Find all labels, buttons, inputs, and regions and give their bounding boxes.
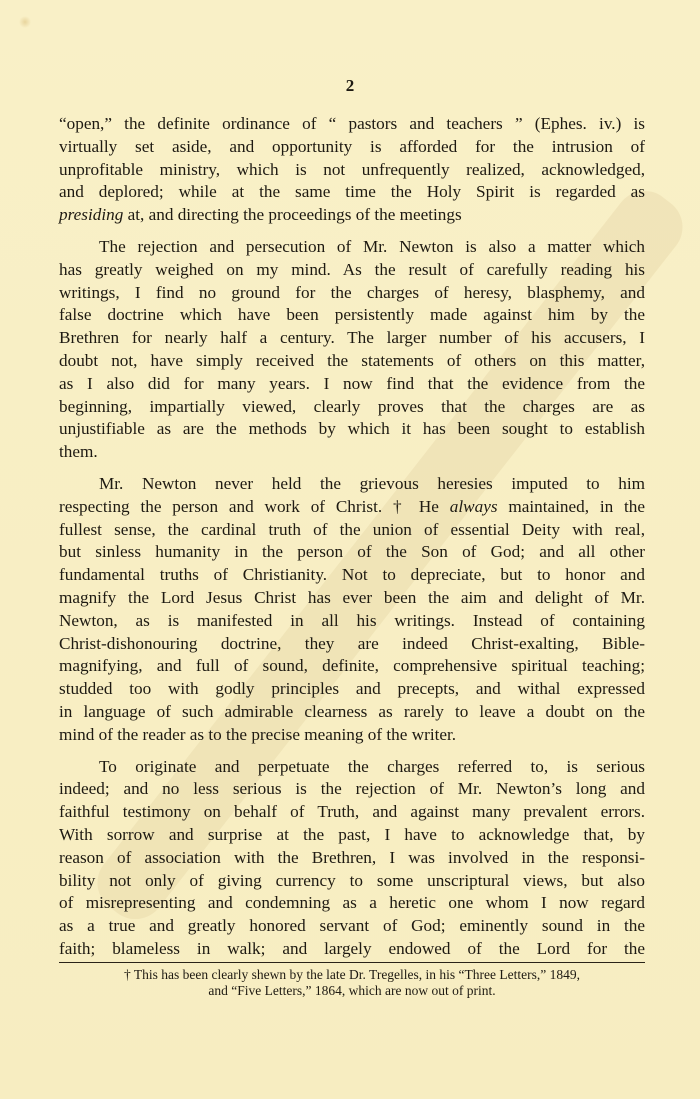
text-line: Mr. Newton never held the grievous heres… [59,473,645,496]
emphasis-presiding: presiding [59,205,123,224]
text-line: as a true and greatly honored servant of… [59,915,645,938]
text-line: fullest sense, the cardinal truth of the… [59,519,645,542]
text-line: presiding at, and directing the proceedi… [59,204,645,227]
text-line: faithful testimony on behalf of Truth, a… [59,801,645,824]
text-line: writings, I find no ground for the charg… [59,282,645,305]
paragraph-4: To originate and perpetuate the charges … [59,756,645,961]
text-line: magnifying, and full of sound, definite,… [59,655,645,678]
text-fragment: at, and directing the proceedings of the… [123,205,461,224]
text-fragment: maintained, in the [498,497,646,516]
document-page: 2 “open,” the definite ordinance of “ pa… [0,0,700,1099]
text-line: Newton, as is manifested in all his writ… [59,610,645,633]
text-line: “open,” the definite ordinance of “ past… [59,113,645,136]
text-line: fundamental truths of Christianity. Not … [59,564,645,587]
footnote-line: and “Five Letters,” 1864, which are now … [59,983,645,999]
text-line: faith; blameless in walk; and largely en… [59,938,645,961]
text-line: reason of association with the Brethren,… [59,847,645,870]
paragraph-1: “open,” the definite ordinance of “ past… [59,113,645,227]
text-line: mind of the reader as to the precise mea… [59,724,645,747]
paragraph-2: The rejection and persecution of Mr. New… [59,236,645,464]
text-line: in language of such admirable clearness … [59,701,645,724]
text-line: but sinless humanity in the person of th… [59,541,645,564]
emphasis-always: always [450,497,498,516]
text-line: To originate and perpetuate the charges … [59,756,645,779]
text-line: false doctrine which have been persisten… [59,304,645,327]
text-line: With sorrow and surprise at the past, I … [59,824,645,847]
page-number: 2 [0,76,700,96]
text-line: Christ-dishonouring doctrine, they are i… [59,633,645,656]
text-line: as I also did for many years. I now find… [59,373,645,396]
body-text: “open,” the definite ordinance of “ past… [59,113,645,961]
text-line: beginning, impartially viewed, clearly p… [59,396,645,419]
text-line: of misrepresenting and condemning as a h… [59,892,645,915]
footnote-divider [59,962,645,963]
text-line: unjustifiable as are the methods by whic… [59,418,645,441]
text-line: has greatly weighed on my mind. As the r… [59,259,645,282]
text-line: virtually set aside, and opportunity is … [59,136,645,159]
text-line: respecting the person and work of Christ… [59,496,645,519]
text-line: magnify the Lord Jesus Christ has ever b… [59,587,645,610]
text-line: doubt not, have simply received the stat… [59,350,645,373]
text-line: and deplored; while at the same time the… [59,181,645,204]
text-fragment: respecting the person and work of Christ… [59,497,450,516]
footnote: † This has been clearly shewn by the lat… [59,967,645,999]
text-line: them. [59,441,645,464]
text-line: unprofitable ministry, which is not unfr… [59,159,645,182]
footnote-line: † This has been clearly shewn by the lat… [59,967,645,983]
text-line: bility not only of giving currency to so… [59,870,645,893]
text-line: Brethren for nearly half a century. The … [59,327,645,350]
text-line: The rejection and persecution of Mr. New… [59,236,645,259]
text-line: studded too with godly principles and pr… [59,678,645,701]
text-line: indeed; and no less serious is the rejec… [59,778,645,801]
paragraph-3: Mr. Newton never held the grievous heres… [59,473,645,747]
